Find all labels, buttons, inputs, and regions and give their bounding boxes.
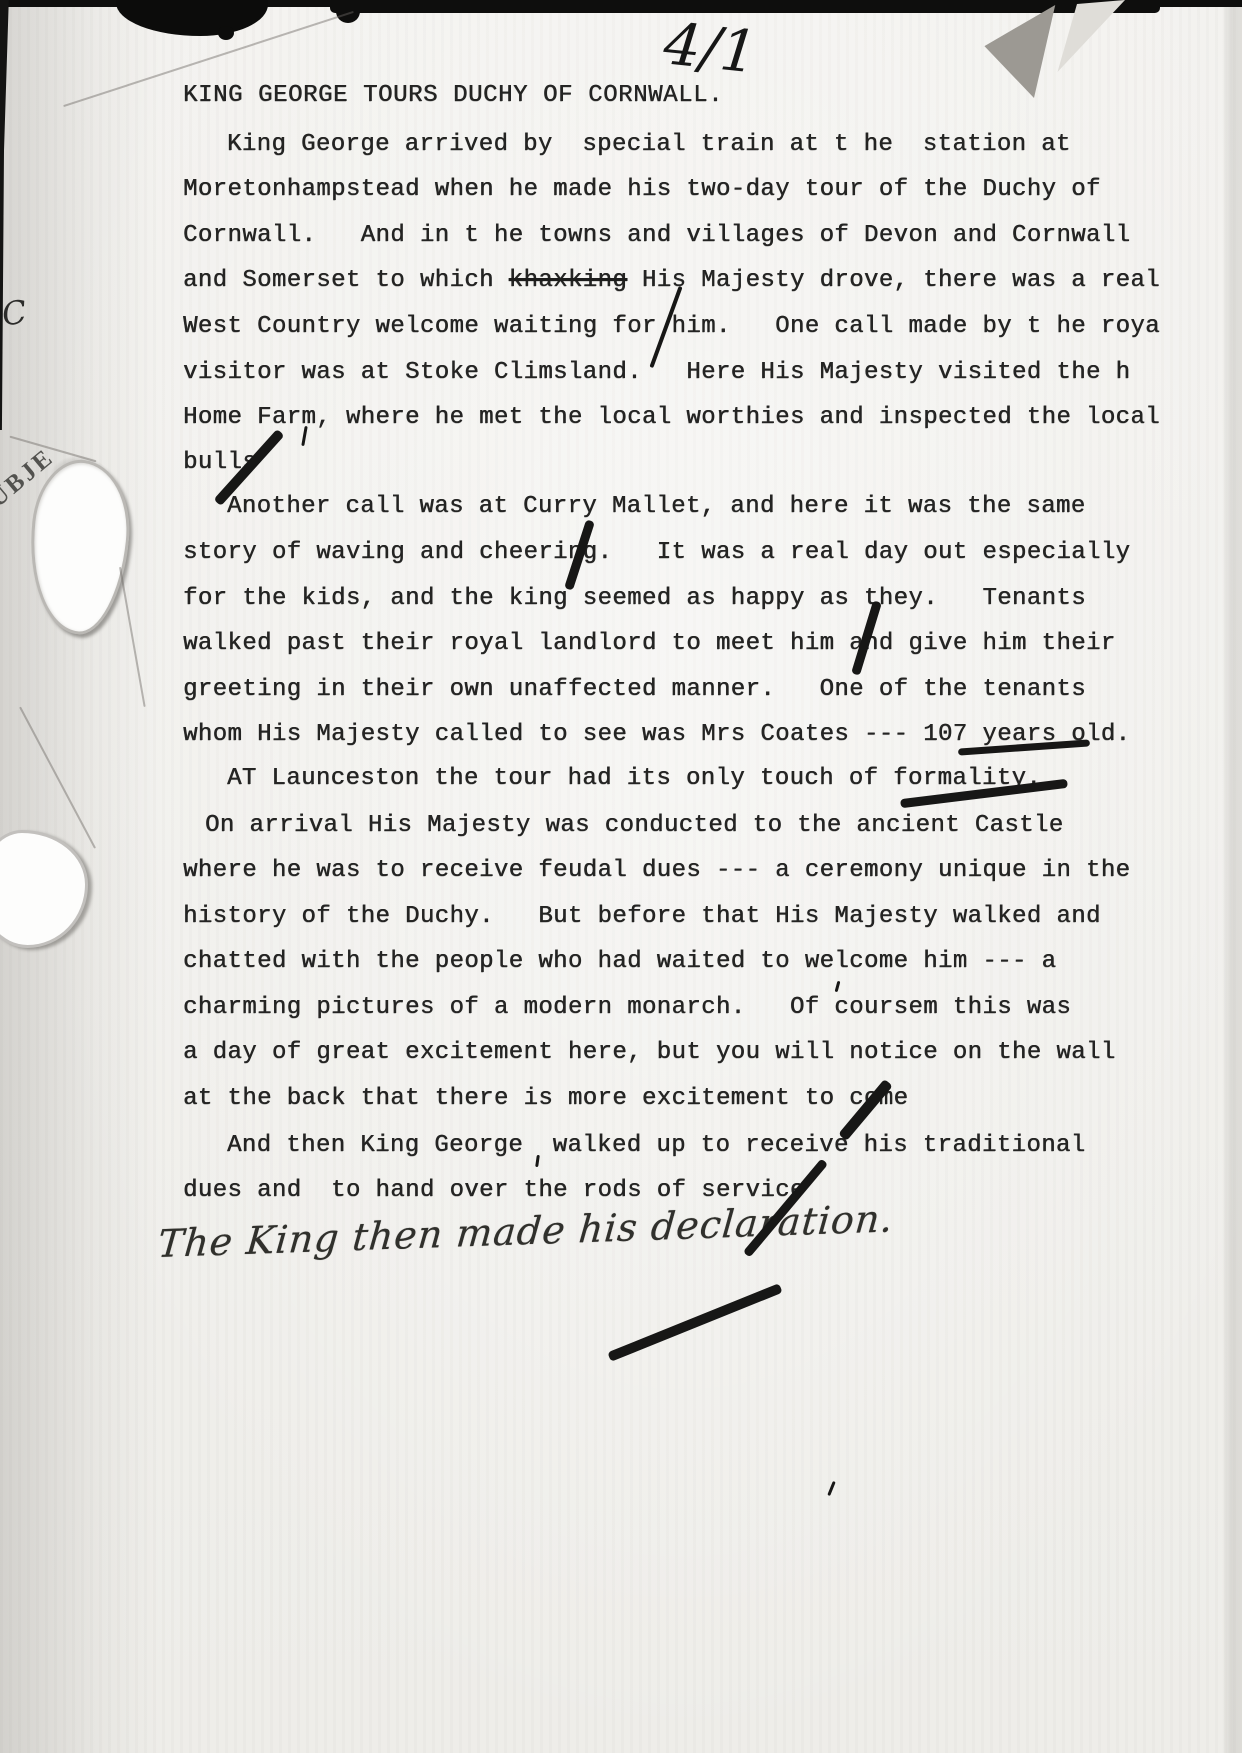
scan-corner-blob <box>218 26 234 40</box>
page-right-edge <box>1222 0 1242 1753</box>
ink-slash-mark <box>607 1283 782 1362</box>
typed-line: story of waving and cheering. It was a r… <box>183 539 1130 567</box>
typed-line: at the back that there is more excitemen… <box>183 1085 908 1113</box>
document-title: KING GEORGE TOURS DUCHY OF CORNWALL. <box>183 82 723 110</box>
typed-line: chatted with the people who had waited t… <box>183 948 1056 976</box>
typed-line: dues and to hand over the rods of servic… <box>183 1177 805 1205</box>
scan-top-edge <box>330 0 1160 13</box>
typed-line: and Somerset to which khaxking His Majes… <box>183 267 1160 295</box>
typed-line: history of the Duchy. But before that Hi… <box>183 903 1101 931</box>
document-page: 4/1 C UBJE KING GEORGE TOURS DUCHY OF CO… <box>0 0 1242 1753</box>
margin-letter-mark: C <box>0 292 29 333</box>
typed-line: walked past their royal landlord to meet… <box>183 630 1116 658</box>
typed-line: Cornwall. And in t he towns and villages… <box>183 222 1130 250</box>
typed-line: Another call was at Curry Mallet, and he… <box>183 493 1086 521</box>
typed-line: charming pictures of a modern monarch. O… <box>183 994 1071 1022</box>
ink-tick-mark <box>835 981 841 992</box>
typed-line: And then King George walked up to receiv… <box>183 1132 1086 1160</box>
typed-line: where he was to receive feudal dues --- … <box>183 857 1130 885</box>
typed-line: greeting in their own unaffected manner.… <box>183 676 1086 704</box>
typed-text: His Majesty drove, there was a real <box>627 267 1160 294</box>
typed-line: whom His Majesty called to see was Mrs C… <box>183 721 1130 749</box>
typed-line: Home Farm, where he met the local worthi… <box>183 404 1160 432</box>
typed-line: King George arrived by special train at … <box>183 131 1071 159</box>
typed-line: Moretonhampstead when he made his two-da… <box>183 176 1101 204</box>
typed-line: visitor was at Stoke Climsland. Here His… <box>183 359 1130 387</box>
handwritten-page-number: 4/1 <box>661 9 761 86</box>
typed-line: for the kids, and the king seemed as hap… <box>183 585 1086 613</box>
typed-line: a day of great excitement here, but you … <box>183 1039 1116 1067</box>
typed-text: and Somerset to which <box>183 267 509 294</box>
ink-tick-mark <box>535 1155 540 1167</box>
struck-out-word: khaxking <box>509 267 627 294</box>
ink-tick-mark <box>827 1481 835 1496</box>
typed-line: On arrival His Majesty was conducted to … <box>183 812 1064 840</box>
typed-line: AT Launceston the tour had its only touc… <box>183 765 1041 793</box>
